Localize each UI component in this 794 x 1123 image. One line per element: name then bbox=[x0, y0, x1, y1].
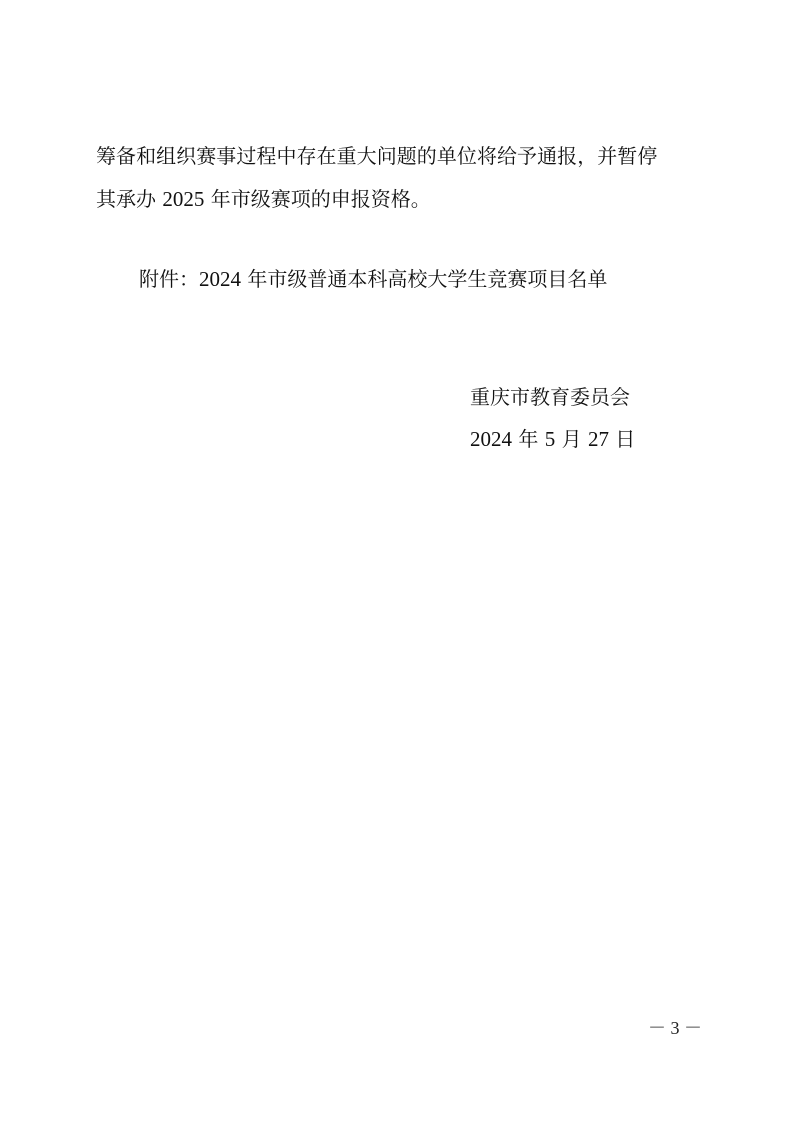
date-month: 5 bbox=[545, 427, 556, 451]
attachment-title: 年市级普通本科高校大学生竞赛项目名单 bbox=[241, 267, 607, 291]
document-page: 筹备和组织赛事过程中存在重大问题的单位将给予通报，并暂停 其承办 2025 年市… bbox=[0, 0, 794, 1123]
attachment-label: 附件： bbox=[139, 267, 199, 291]
paragraph-text-suffix: 年市级赛项的申报资格。 bbox=[204, 187, 430, 211]
attachment-year: 2024 bbox=[199, 267, 241, 291]
page-number: － 3 － bbox=[648, 1016, 702, 1040]
date-day-unit: 日 bbox=[609, 427, 635, 451]
paragraph-text-prefix: 其承办 bbox=[96, 187, 162, 211]
body-paragraph-line-2: 其承办 2025 年市级赛项的申报资格。 bbox=[96, 185, 431, 213]
date-month-unit: 月 bbox=[555, 427, 588, 451]
signature-date: 2024 年 5 月 27 日 bbox=[470, 425, 635, 453]
signature-organization: 重庆市教育委员会 bbox=[470, 383, 630, 411]
attachment-line: 附件：2024 年市级普通本科高校大学生竞赛项目名单 bbox=[139, 265, 607, 293]
paragraph-year: 2025 bbox=[162, 187, 204, 211]
date-year: 2024 bbox=[470, 427, 512, 451]
body-paragraph-line-1: 筹备和组织赛事过程中存在重大问题的单位将给予通报，并暂停 bbox=[96, 142, 698, 170]
date-day: 27 bbox=[588, 427, 609, 451]
date-year-unit: 年 bbox=[512, 427, 545, 451]
